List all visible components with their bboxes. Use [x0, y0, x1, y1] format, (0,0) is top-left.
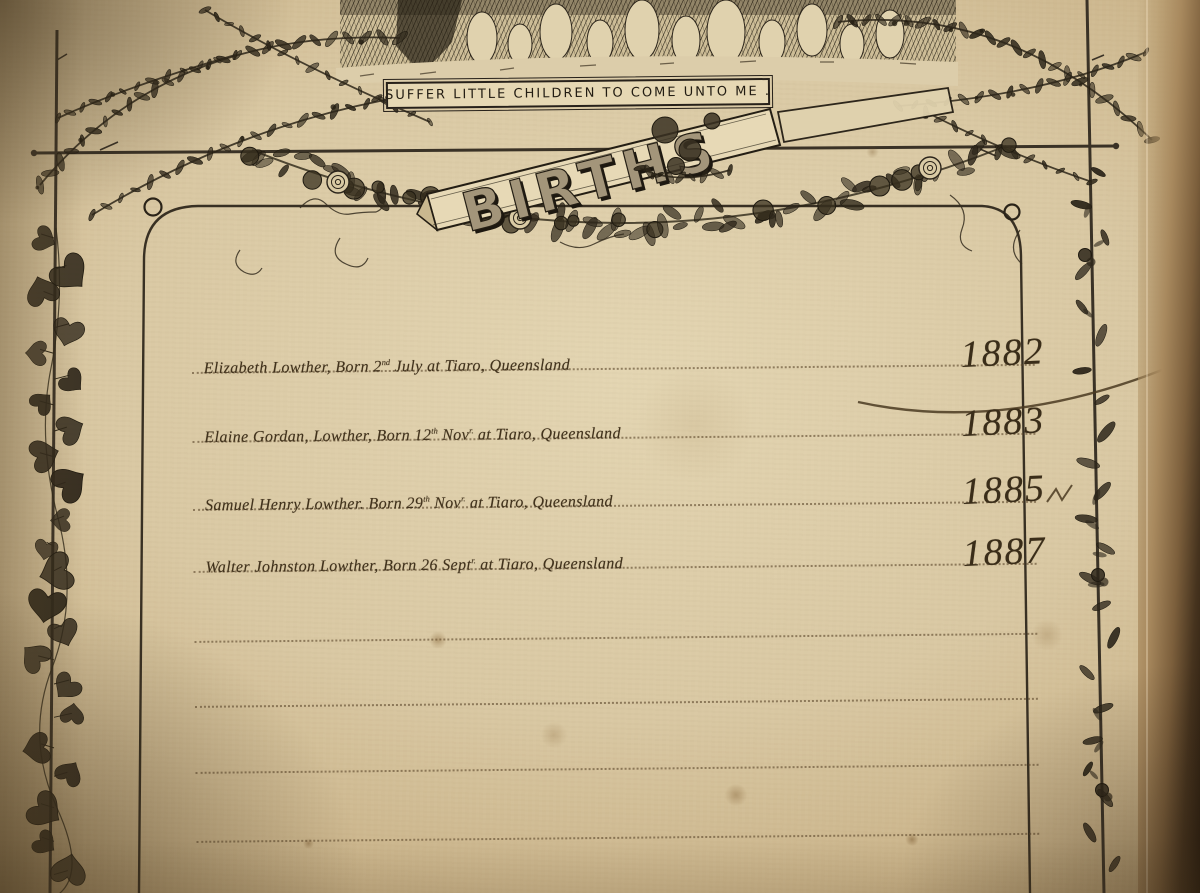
birth-entry-text: Elaine Gordan, Lowther, Born 12th Novr. …	[204, 424, 621, 446]
ruled-line	[196, 833, 1039, 843]
entry-year: 1882	[960, 329, 1046, 377]
entry-year: 1885	[961, 466, 1047, 514]
entry-text-segment: Elizabeth Lowther, Born 2	[204, 358, 382, 377]
birth-entry-text: Elizabeth Lowther, Born 2nd July at Tiar…	[204, 356, 571, 378]
birth-entry: Samuel Henry Lowther. Born 29th Novr. at…	[205, 468, 1046, 520]
entry-text-segment: July at Tiaro, Queensland	[390, 356, 570, 375]
entry-year: 1887	[962, 528, 1048, 576]
birth-entry: Elizabeth Lowther, Born 2nd July at Tiar…	[203, 331, 1044, 383]
birth-entry-text: Walter Johnston Lowther, Born 26 Septr. …	[206, 554, 624, 576]
entry-text-segment: Elaine Gordan, Lowther, Born 12	[204, 427, 431, 446]
entry-text-segment: at Tiaro, Queensland	[473, 425, 621, 443]
book-page-edge	[1138, 0, 1200, 893]
entry-text-segment: Walter Johnston Lowther, Born 26 Sept	[206, 556, 472, 576]
register-ruled-area: Elizabeth Lowther, Born 2nd July at Tiar…	[0, 0, 1200, 893]
entry-text-segment: at Tiaro, Queensland	[465, 493, 613, 511]
entry-text-segment: Samuel Henry Lowther. Born 29	[205, 495, 423, 514]
entry-year: 1883	[960, 398, 1046, 446]
births-register-page-photo: BIRTHS BIRTHS SUFFER LITTLE CHILDREN TO …	[0, 0, 1200, 893]
ruled-line	[196, 764, 1039, 774]
birth-entry: Walter Johnston Lowther, Born 26 Septr. …	[205, 530, 1046, 582]
ruled-line	[195, 698, 1038, 708]
birth-entry: Elaine Gordan, Lowther, Born 12th Novr. …	[204, 400, 1045, 452]
entry-text-segment: at Tiaro, Queensland	[476, 555, 624, 573]
entry-text-segment: Nov	[430, 494, 462, 511]
ruled-line	[194, 633, 1037, 643]
entry-text-segment: Nov	[438, 426, 470, 443]
birth-entry-text: Samuel Henry Lowther. Born 29th Novr. at…	[205, 493, 613, 515]
